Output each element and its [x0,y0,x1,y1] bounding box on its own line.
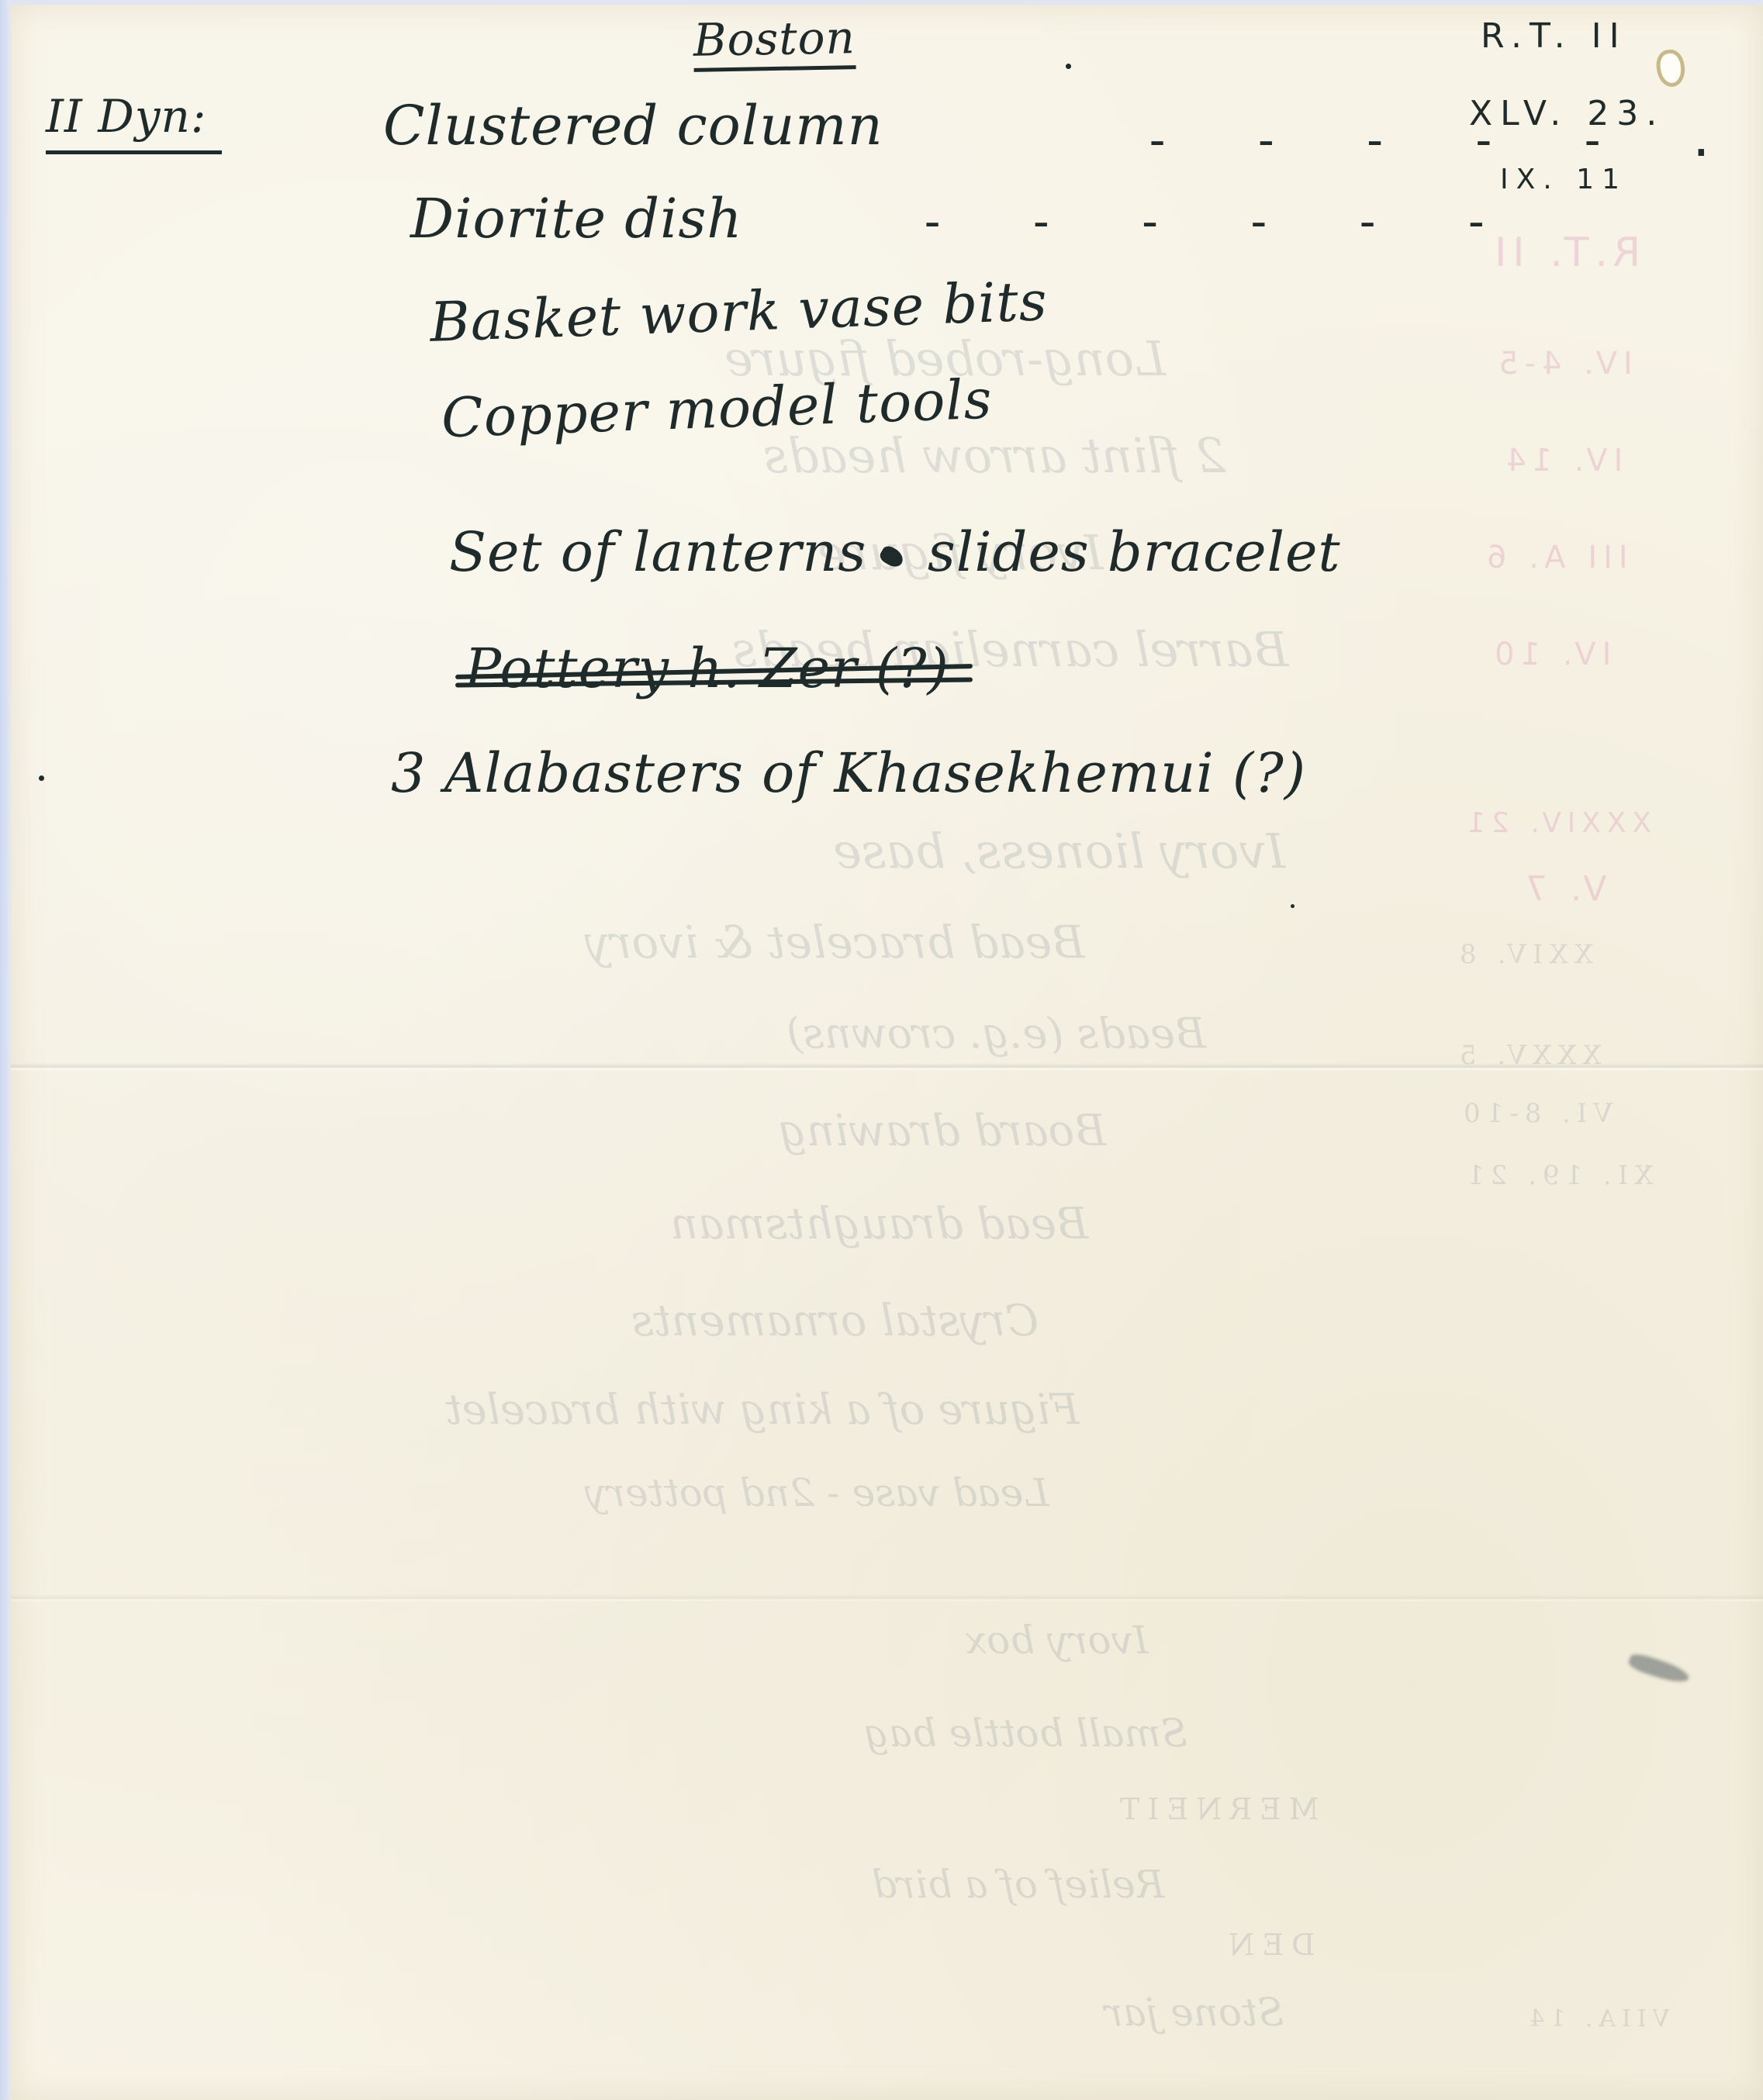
show-through-margin-ref: IV. 10 [1488,637,1611,672]
show-through-margin-ref: XI. 19. 21 [1461,1160,1653,1191]
list-item: Set of lanterns slides bracelet [449,520,1341,584]
struck-through-text: Pottery h. Zer (?) [465,637,949,700]
show-through-line: DEN [1221,1928,1315,1962]
ink-blot-icon [877,544,906,570]
show-through-margin-ref: IV. 14 [1500,443,1623,478]
punch-hole [1654,48,1687,89]
show-through-line: Ivory box [965,1618,1148,1663]
show-through-line: Figure of a king with bracelet [445,1385,1079,1434]
show-through-line: Small bottle bag [864,1711,1187,1756]
list-item-text: Diorite dish [410,187,743,250]
show-through-line: MERNEIT [1112,1792,1319,1826]
list-item-text: 3 Alabasters of Khasekhemui (?) [391,741,1306,805]
stray-ink-dot [1291,904,1295,908]
scanner-background [0,0,11,2100]
show-through-margin-ref: IV. 4-5 [1492,346,1633,382]
show-through-line: Board drawing [779,1106,1106,1156]
show-through-margin-ref: XXXIV. 21 [1461,807,1651,839]
dotted-leader: - - - - - - [918,195,1516,249]
ink-smudge [1627,1651,1692,1687]
list-item-text: slides bracelet [928,520,1341,584]
show-through-line: Stone jar [1104,1990,1284,2035]
show-through-margin-ref: V. 7 [1519,869,1606,909]
list-item: Diorite dish [410,187,743,250]
show-through-line: Bead bracelet & ivory [585,916,1085,969]
list-item-struck: Pottery h. Zer (?) [465,637,949,700]
show-through-line: Crystal ornaments [631,1296,1039,1346]
page-title: Boston [693,11,856,72]
register-ref: R.T. II [1481,16,1627,56]
show-through-line: Ivory lioness, base [833,823,1285,879]
stray-ink-dot [39,775,44,781]
paper-sheet: R.T. II IV. 4-5 IV. 14 III A. 6 IV. 10 X… [11,5,1763,2100]
fold-crease-lower [11,1594,1763,1602]
show-through-line: Beads (e.g. crowns) [786,1009,1206,1058]
list-item-text: Set of lanterns [449,520,866,584]
show-through-margin-ref: VI. 8-10 [1457,1098,1613,1129]
show-through-margin-ref: XXIV. 8 [1454,939,1593,970]
show-through-line: Bead draughtsman [670,1199,1088,1249]
list-item-text: Clustered column [383,94,883,157]
show-through-margin-ref: XXXV. 5 [1454,1040,1601,1071]
list-item: Clustered column [383,94,883,157]
show-through-line: Relief of a bird [872,1862,1164,1907]
section-label: II Dyn: [46,90,222,154]
stray-ink-dot [1066,64,1071,69]
figure-ref: IX. 11 [1500,164,1627,195]
dotted-leader: - - - - - . [1143,113,1741,168]
show-through-margin-ref: III A. 6 [1481,540,1628,575]
list-item: 3 Alabasters of Khasekhemui (?) [391,741,1306,805]
show-through-margin-ref: VIIA. 14 [1523,2005,1669,2033]
show-through-line: Lead vase - 2nd pottery [585,1470,1049,1515]
